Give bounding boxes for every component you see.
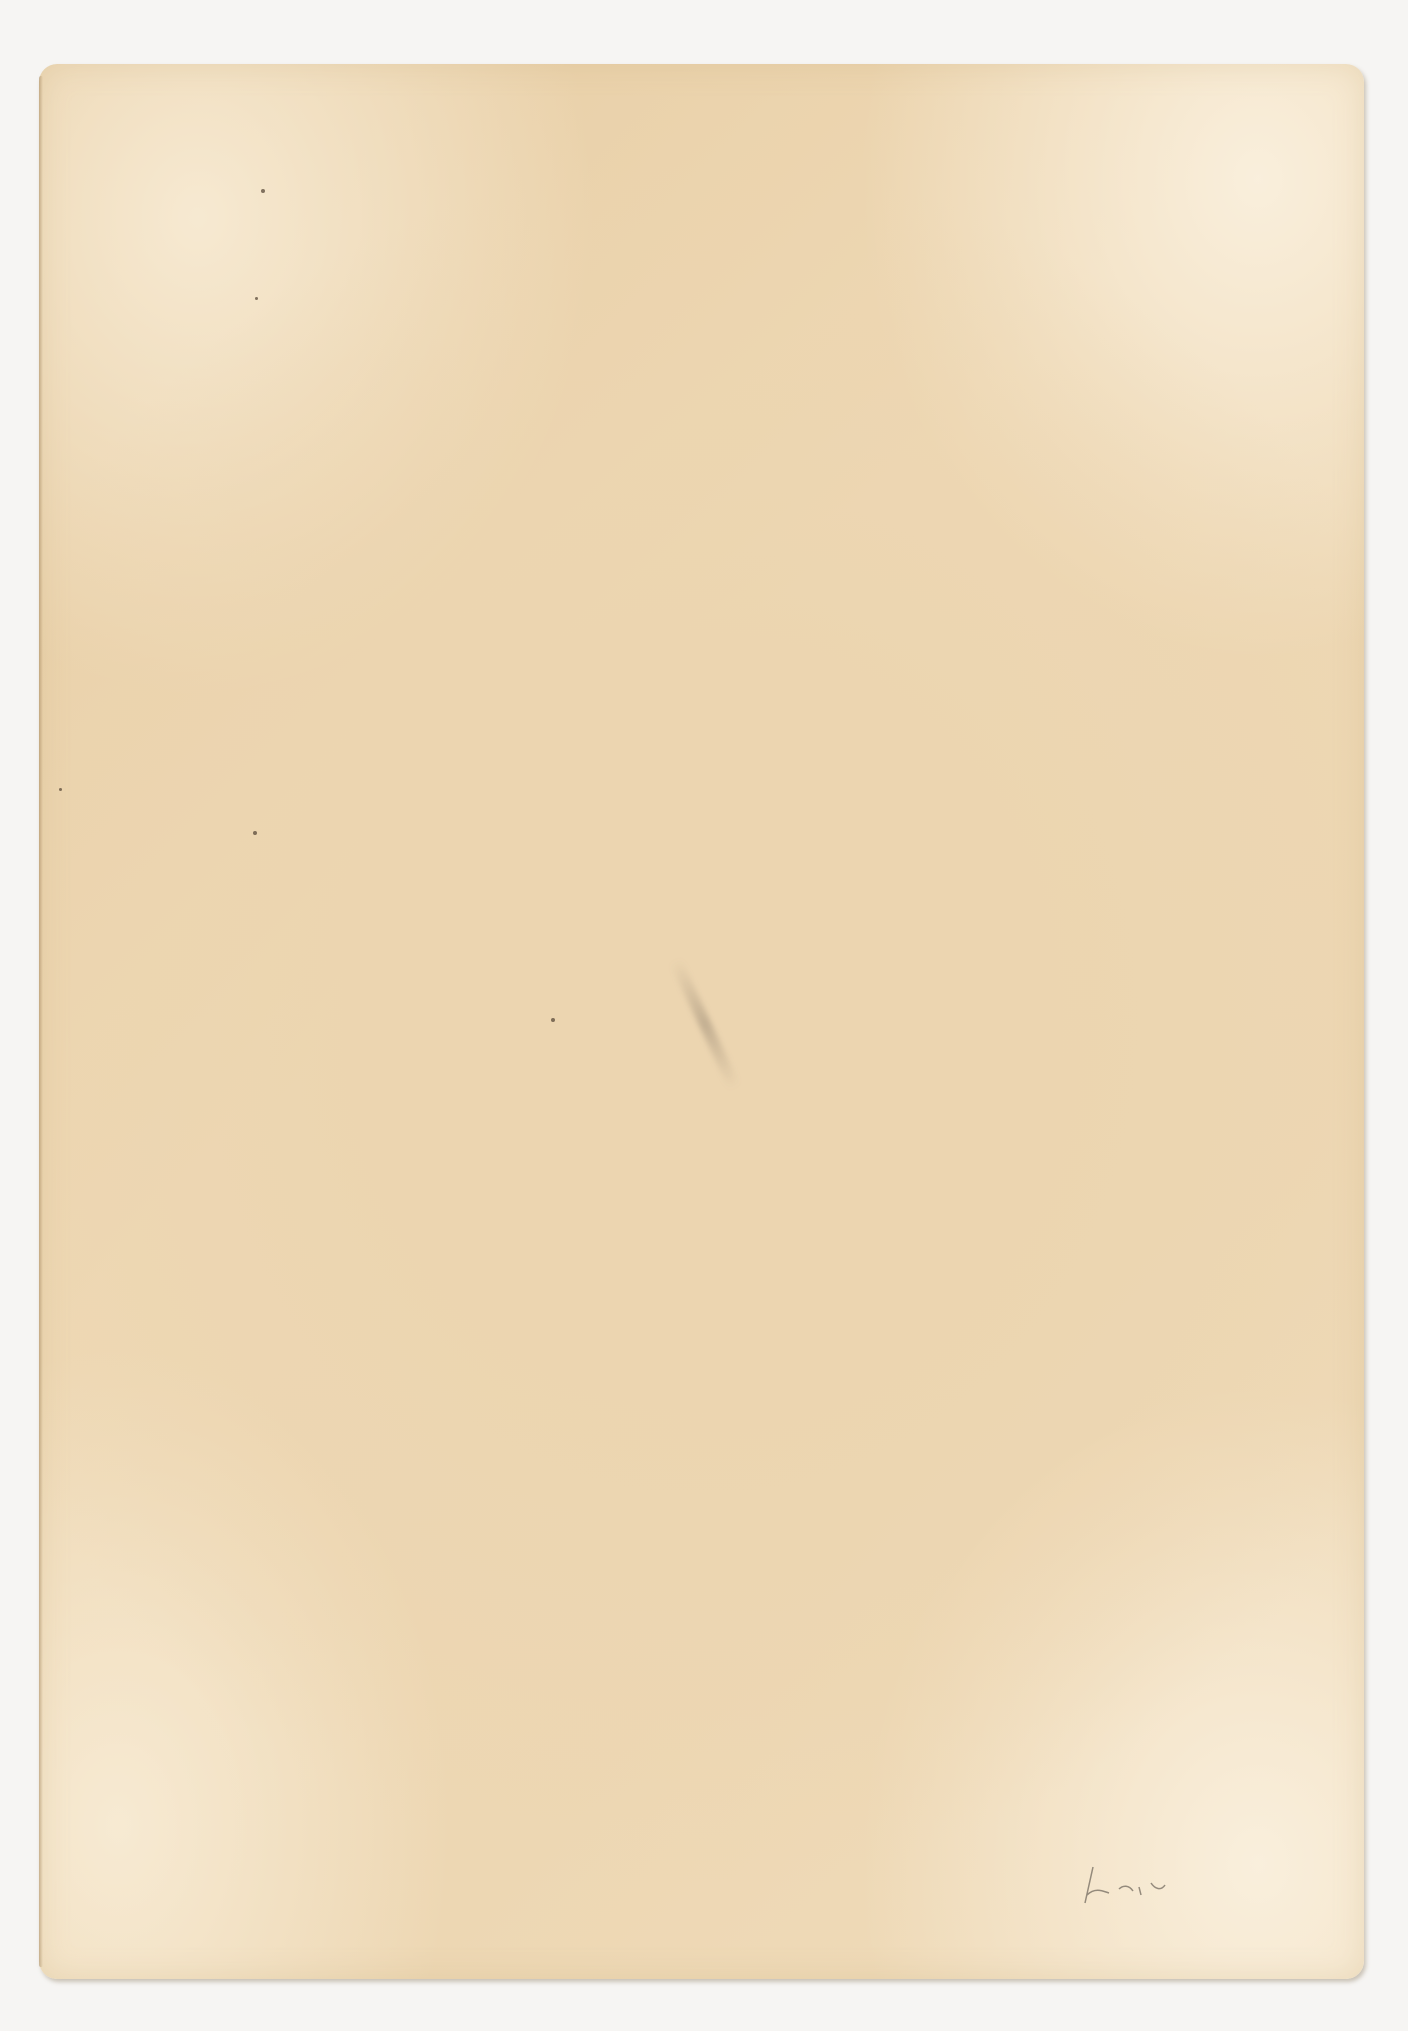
paper-speck: [551, 1018, 555, 1022]
card-back: [39, 64, 1364, 1979]
paper-smudge: [670, 958, 740, 1090]
paper-speck: [255, 297, 258, 300]
paper-speck: [261, 189, 265, 193]
paper-speck: [59, 788, 62, 791]
card-left-edge: [39, 76, 43, 1967]
pencil-mark: [1075, 1865, 1185, 1905]
paper-speck: [253, 831, 257, 835]
